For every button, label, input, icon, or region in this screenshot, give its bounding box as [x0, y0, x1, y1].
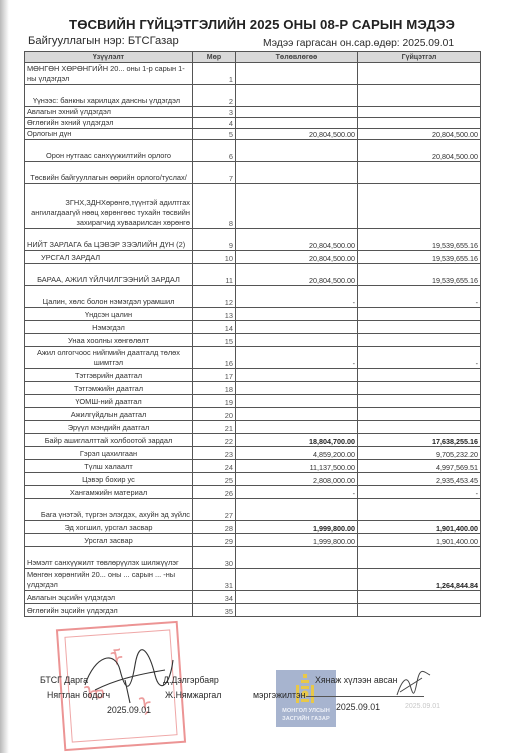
row-plan-value	[236, 408, 358, 421]
row-actual-value	[358, 308, 481, 321]
row-actual-value: -	[358, 347, 481, 369]
table-row: Авлагын эцсийн үлдэгдэл34	[25, 591, 481, 604]
row-label: Төсвийн байгууллагын өөрийн орлого/тусла…	[25, 162, 193, 184]
table-row: Түлш халаалт2411,137,500.004,997,569.51	[25, 460, 481, 473]
row-label: Авлагын эхний үлдэгдэл	[25, 107, 193, 118]
row-label: Нэмэгдэл	[25, 321, 193, 334]
row-actual-value	[358, 421, 481, 434]
row-actual-value	[358, 499, 481, 521]
row-plan-value	[236, 569, 358, 591]
row-plan-value	[236, 107, 358, 118]
row-line-number: 28	[193, 521, 236, 534]
row-plan-value	[236, 140, 358, 162]
emblem-line2: ЗАСГИЙН ГАЗАР	[276, 716, 336, 722]
row-line-number: 7	[193, 162, 236, 184]
row-label: Урсгал засвар	[25, 534, 193, 547]
row-line-number: 8	[193, 184, 236, 229]
table-row: Авлагын эхний үлдэгдэл3	[25, 107, 481, 118]
row-actual-value	[358, 107, 481, 118]
row-plan-value: 2,808,000.00	[236, 473, 358, 486]
row-line-number: 5	[193, 129, 236, 140]
row-line-number: 6	[193, 140, 236, 162]
document-title: ТӨСВИЙН ГҮЙЦЭТГЭЛИЙН 2025 ОНЫ 08-Р САРЫН…	[0, 17, 524, 32]
row-actual-value: -	[358, 286, 481, 308]
table-row: Төсвийн байгууллагын өөрийн орлого/тусла…	[25, 162, 481, 184]
table-row: Гэрэл цахилгаан234,859,200.009,705,232.2…	[25, 447, 481, 460]
accountant-title: Нягтлан бодогч	[47, 690, 110, 700]
row-label: Тэтгэврийн даатгал	[25, 369, 193, 382]
table-row: Үндсэн цалин13	[25, 308, 481, 321]
row-actual-value	[358, 118, 481, 129]
row-line-number: 17	[193, 369, 236, 382]
table-row: Цалин, хөлс болон нэмэгдэл урамшил12--	[25, 286, 481, 308]
faint-date-stamp: 2025.09.01	[405, 703, 440, 710]
director-title: БТСГ Дарга	[40, 675, 88, 685]
row-label: НИЙТ ЗАРЛАГА ба ЦЭВЭР ЗЭЭЛИЙН ДҮН (2)	[25, 229, 193, 251]
row-plan-value: 11,137,500.00	[236, 460, 358, 473]
row-plan-value: 20,804,500.00	[236, 251, 358, 264]
table-row: Мөнгөн хөрөнгийн 20... оны ... сарын ...…	[25, 569, 481, 591]
row-line-number: 34	[193, 591, 236, 604]
row-actual-value	[358, 63, 481, 85]
table-row: Үүнээс: банкны харилцах дансны үлдэгдэл2	[25, 85, 481, 107]
row-line-number: 3	[193, 107, 236, 118]
row-line-number: 22	[193, 434, 236, 447]
table-row: Өглөгийн эхний үлдэгдэл4	[25, 118, 481, 129]
row-label: Өглөгийн эхний үлдэгдэл	[25, 118, 193, 129]
row-actual-value	[358, 321, 481, 334]
row-label: Гэрэл цахилгаан	[25, 447, 193, 460]
header-plan: Төлөвлөгөө	[236, 52, 358, 63]
row-label: Унаа хоолны хөнгөлөлт	[25, 334, 193, 347]
row-label: Түлш халаалт	[25, 460, 193, 473]
row-line-number: 21	[193, 421, 236, 434]
report-date: Мэдээ гаргасан он.сар.өдөр: 2025.09.01	[263, 38, 454, 49]
row-plan-value	[236, 63, 358, 85]
row-line-number: 13	[193, 308, 236, 321]
row-line-number: 20	[193, 408, 236, 421]
table-row: Тэтгэврийн даатгал17	[25, 369, 481, 382]
row-plan-value: -	[236, 486, 358, 499]
table-row: МӨНГӨН ХӨРӨНГИЙН 20... оны 1-р сарын 1-н…	[25, 63, 481, 85]
table-row: Орлогын дүн520,804,500.0020,804,500.00	[25, 129, 481, 140]
row-line-number: 31	[193, 569, 236, 591]
row-actual-value: 9,705,232.20	[358, 447, 481, 460]
row-label: Орлогын дүн	[25, 129, 193, 140]
header-actual: Гүйцэтгэл	[358, 52, 481, 63]
row-plan-value: 20,804,500.00	[236, 229, 358, 251]
row-actual-value: 17,638,255.16	[358, 434, 481, 447]
row-label: Цалин, хөлс болон нэмэгдэл урамшил	[25, 286, 193, 308]
row-actual-value	[358, 591, 481, 604]
table-row: Бага үнэтэй, түргэн элэгдэх, ахуйн эд зү…	[25, 499, 481, 521]
row-plan-value	[236, 85, 358, 107]
table-row: Нэмэлт санхүүжилт төвлөрүүлэх шилжүүлэг3…	[25, 547, 481, 569]
row-plan-value	[236, 118, 358, 129]
row-label: БАРАА, АЖИЛ ҮЙЛЧИЛГЭЭНИЙ ЗАРДАЛ	[25, 264, 193, 286]
table-row: Ажилгүйдлын даатгал20	[25, 408, 481, 421]
row-line-number: 16	[193, 347, 236, 369]
row-plan-value	[236, 334, 358, 347]
row-actual-value: 19,539,655.16	[358, 251, 481, 264]
row-plan-value	[236, 382, 358, 395]
row-plan-value	[236, 421, 358, 434]
table-row: Унаа хоолны хөнгөлөлт15	[25, 334, 481, 347]
row-plan-value: -	[236, 347, 358, 369]
row-actual-value: 1,901,400.00	[358, 534, 481, 547]
header-indicator: Үзүүлэлт	[25, 52, 193, 63]
table-row: Байр ашиглалттай холбоотой зардал2218,80…	[25, 434, 481, 447]
right-date: 2025.09.01	[336, 702, 380, 712]
row-line-number: 9	[193, 229, 236, 251]
row-label: Авлагын эцсийн үлдэгдэл	[25, 591, 193, 604]
row-label: Ажил олгогчоос нийгмийн даатгалд төлөх ш…	[25, 347, 193, 369]
row-line-number: 4	[193, 118, 236, 129]
table-row: БАРАА, АЖИЛ ҮЙЛЧИЛГЭЭНИЙ ЗАРДАЛ1120,804,…	[25, 264, 481, 286]
row-actual-value: 19,539,655.16	[358, 264, 481, 286]
row-plan-value: 18,804,700.00	[236, 434, 358, 447]
row-actual-value: 19,539,655.16	[358, 229, 481, 251]
organization-name: Байгууллагын нэр: БТСГазар	[28, 35, 179, 47]
row-plan-value	[236, 395, 358, 408]
row-label: Байр ашиглалттай холбоотой зардал	[25, 434, 193, 447]
row-line-number: 29	[193, 534, 236, 547]
table-row: ҮОМШ-ний даатгал19	[25, 395, 481, 408]
table-row: Нэмэгдэл14	[25, 321, 481, 334]
row-actual-value	[358, 184, 481, 229]
row-actual-value: 20,804,500.00	[358, 140, 481, 162]
row-plan-value: 1,999,800.00	[236, 521, 358, 534]
row-label: Үүнээс: банкны харилцах дансны үлдэгдэл	[25, 85, 193, 107]
row-actual-value	[358, 408, 481, 421]
row-line-number: 25	[193, 473, 236, 486]
row-line-number: 19	[193, 395, 236, 408]
table-row: Өглөгийн эцсийн үлдэгдэл35	[25, 604, 481, 617]
table-row: ЗГНХ,ЗДНХөрөнгө,түүнтэй адилтгах ангилаг…	[25, 184, 481, 229]
row-label: Бага үнэтэй, түргэн элэгдэх, ахуйн эд зү…	[25, 499, 193, 521]
row-plan-value: -	[236, 286, 358, 308]
row-plan-value: 1,999,800.00	[236, 534, 358, 547]
row-line-number: 10	[193, 251, 236, 264]
row-actual-value: 1,901,400.00	[358, 521, 481, 534]
row-label: Цэвэр бохир ус	[25, 473, 193, 486]
row-line-number: 26	[193, 486, 236, 499]
table-row: НИЙТ ЗАРЛАГА ба ЦЭВЭР ЗЭЭЛИЙН ДҮН (2)920…	[25, 229, 481, 251]
reviewer-label: Хянаж хүлээн авсан	[315, 675, 398, 685]
row-actual-value	[358, 604, 481, 617]
row-label: Эрүүл мэндийн даатгал	[25, 421, 193, 434]
row-plan-value	[236, 321, 358, 334]
row-actual-value: 1,264,844.84	[358, 569, 481, 591]
table-header-row: Үзүүлэлт Мөр Төлөвлөгөө Гүйцэтгэл	[25, 52, 481, 63]
budget-report-table: Үзүүлэлт Мөр Төлөвлөгөө Гүйцэтгэл МӨНГӨН…	[24, 51, 481, 617]
row-actual-value	[358, 395, 481, 408]
row-label: Эд хогшил, урсгал засвар	[25, 521, 193, 534]
row-line-number: 23	[193, 447, 236, 460]
row-plan-value: 20,804,500.00	[236, 129, 358, 140]
table-row: УРСГАЛ ЗАРДАЛ1020,804,500.0019,539,655.1…	[25, 251, 481, 264]
row-line-number: 35	[193, 604, 236, 617]
row-line-number: 24	[193, 460, 236, 473]
table-row: Ажил олгогчоос нийгмийн даатгалд төлөх ш…	[25, 347, 481, 369]
table-row: Урсгал засвар291,999,800.001,901,400.00	[25, 534, 481, 547]
row-actual-value	[358, 369, 481, 382]
table-row: Эрүүл мэндийн даатгал21	[25, 421, 481, 434]
left-date: 2025.09.01	[107, 705, 151, 715]
row-plan-value	[236, 499, 358, 521]
row-actual-value: 2,935,453.45	[358, 473, 481, 486]
row-actual-value	[358, 85, 481, 107]
row-plan-value	[236, 369, 358, 382]
row-line-number: 27	[193, 499, 236, 521]
row-plan-value	[236, 162, 358, 184]
header-line: Мөр	[193, 52, 236, 63]
row-label: ҮОМШ-ний даатгал	[25, 395, 193, 408]
row-plan-value	[236, 604, 358, 617]
row-label: Үндсэн цалин	[25, 308, 193, 321]
table-row: Эд хогшил, урсгал засвар281,999,800.001,…	[25, 521, 481, 534]
row-label: Нэмэлт санхүүжилт төвлөрүүлэх шилжүүлэг	[25, 547, 193, 569]
row-line-number: 14	[193, 321, 236, 334]
scan-edge-shadow	[0, 0, 9, 753]
accountant-name: Ж.Нямжаргал	[165, 690, 221, 700]
row-actual-value	[358, 547, 481, 569]
row-line-number: 2	[193, 85, 236, 107]
row-label: Тэтгэмжийн даатгал	[25, 382, 193, 395]
row-plan-value: 4,859,200.00	[236, 447, 358, 460]
table-row: Хангамжийн материал26--	[25, 486, 481, 499]
row-label: УРСГАЛ ЗАРДАЛ	[25, 251, 193, 264]
row-line-number: 12	[193, 286, 236, 308]
row-line-number: 15	[193, 334, 236, 347]
row-label: МӨНГӨН ХӨРӨНГИЙН 20... оны 1-р сарын 1-н…	[25, 63, 193, 85]
row-line-number: 18	[193, 382, 236, 395]
row-label: ЗГНХ,ЗДНХөрөнгө,түүнтэй адилтгах ангилаг…	[25, 184, 193, 229]
row-actual-value	[358, 382, 481, 395]
director-name: Д.Дэлгэрбаяр	[163, 675, 219, 685]
row-actual-value: 20,804,500.00	[358, 129, 481, 140]
row-plan-value	[236, 591, 358, 604]
row-label: Ажилгүйдлын даатгал	[25, 408, 193, 421]
row-actual-value: -	[358, 486, 481, 499]
row-plan-value	[236, 308, 358, 321]
row-actual-value	[358, 334, 481, 347]
emblem-line1: МОНГОЛ УЛСЫН	[276, 708, 336, 714]
table-row: Цэвэр бохир ус252,808,000.002,935,453.45	[25, 473, 481, 486]
row-label: Орон нутгаас санхүүжилтийн орлого	[25, 140, 193, 162]
row-line-number: 1	[193, 63, 236, 85]
row-line-number: 30	[193, 547, 236, 569]
row-plan-value: 20,804,500.00	[236, 264, 358, 286]
row-line-number: 11	[193, 264, 236, 286]
row-label: Хангамжийн материал	[25, 486, 193, 499]
row-actual-value: 4,997,569.51	[358, 460, 481, 473]
table-row: Тэтгэмжийн даатгал18	[25, 382, 481, 395]
row-actual-value	[358, 162, 481, 184]
row-plan-value	[236, 547, 358, 569]
row-label: Өглөгийн эцсийн үлдэгдэл	[25, 604, 193, 617]
row-plan-value	[236, 184, 358, 229]
reviewer-title: мэргэжилтэн	[253, 690, 305, 700]
reviewer-signature-icon	[392, 670, 432, 700]
row-label: Мөнгөн хөрөнгийн 20... оны ... сарын ...…	[25, 569, 193, 591]
table-row: Орон нутгаас санхүүжилтийн орлого620,804…	[25, 140, 481, 162]
